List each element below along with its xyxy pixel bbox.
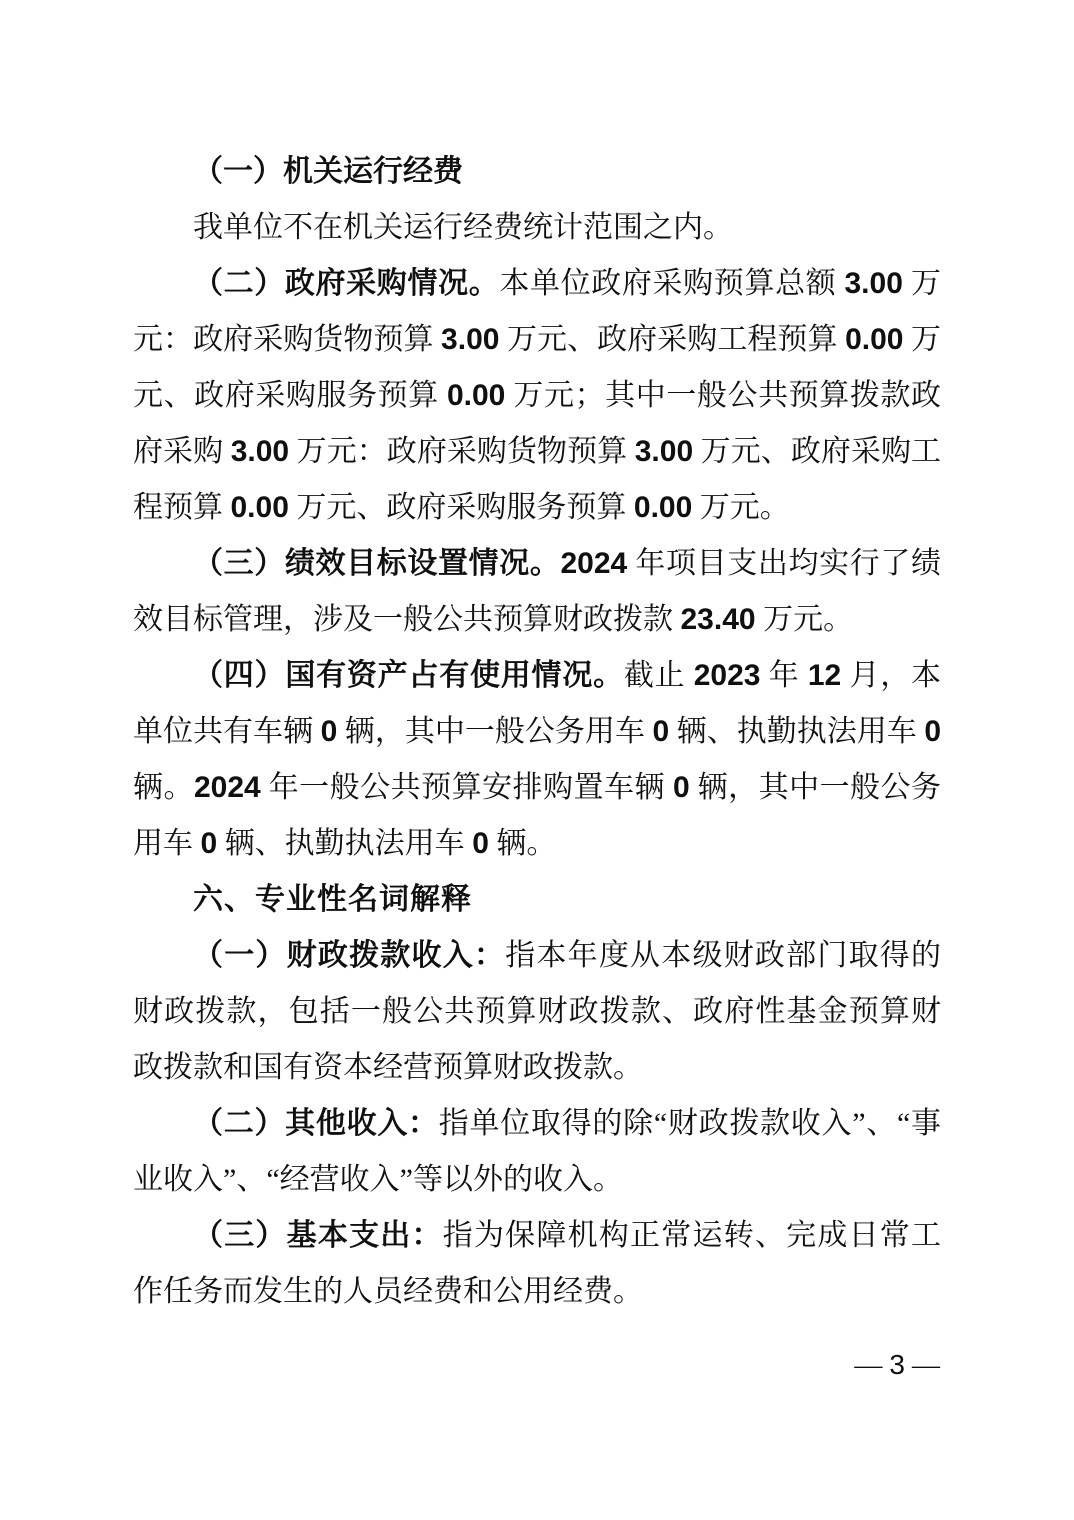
paragraph-lead: （二）其他收入：	[193, 1107, 439, 1140]
sec5-item3-performance-targets: （三）绩效目标设置情况。2024 年项目支出均实行了绩效目标管理，涉及一般公共预…	[133, 536, 941, 648]
paragraph-lead: （四）国有资产占有使用情况。	[193, 659, 624, 692]
sec5-item4-state-assets: （四）国有资产占有使用情况。截止 2023 年 12 月，本单位共有车辆 0 辆…	[133, 648, 941, 872]
numeric-value: 2024	[561, 547, 628, 580]
text-run: 辆。	[489, 827, 557, 860]
numeric-value: 12	[808, 659, 841, 692]
numeric-value: 2024	[194, 771, 261, 804]
numeric-value: 0	[652, 715, 669, 748]
numeric-value: 2023	[694, 659, 761, 692]
numeric-value: 0	[321, 715, 338, 748]
numeric-value: 0	[673, 771, 690, 804]
numeric-value: 3.00	[441, 323, 499, 356]
numeric-value: 0.00	[447, 379, 505, 412]
numeric-value: 0.00	[845, 323, 903, 356]
document-page: （一）机关运行经费我单位不在机关运行经费统计范围之内。（二）政府采购情况。本单位…	[0, 0, 1074, 1520]
page-number: — 3 —	[854, 1348, 940, 1383]
numeric-value: 3.00	[844, 267, 902, 300]
page-number-value: 3	[889, 1349, 905, 1380]
text-run: 我单位不在机关运行经费统计范围之内。	[193, 211, 733, 244]
text-run: 辆，其中一般公务用车	[337, 715, 652, 748]
text-run: 年	[760, 659, 807, 692]
text-run: 辆、执勤执法用车	[217, 827, 472, 860]
numeric-value: 0	[472, 827, 489, 860]
numeric-value: 0	[201, 827, 218, 860]
sec5-item1-body: 我单位不在机关运行经费统计范围之内。	[133, 200, 941, 256]
paragraph-lead: （一）财政拨款收入：	[193, 939, 505, 972]
text-run: 截止	[624, 659, 694, 692]
text-run: 万元、政府采购工程预算	[499, 323, 845, 356]
numeric-value: 3.00	[635, 435, 693, 468]
paragraph-lead: （二）政府采购情况。	[193, 267, 499, 300]
text-run: 辆、执勤执法用车	[669, 715, 924, 748]
page-number-dash-right: —	[905, 1350, 940, 1381]
text-run: 万元、政府采购服务预算	[289, 491, 634, 524]
text-run: 万元。	[692, 491, 790, 524]
numeric-value: 0	[924, 715, 941, 748]
sec5-item2-gov-procurement: （二）政府采购情况。本单位政府采购预算总额 3.00 万元：政府采购货物预算 3…	[133, 256, 941, 536]
sec6-term3-basic-expenditure: （三）基本支出：指为保障机构正常运转、完成日常工作任务而发生的人员经费和公用经费…	[133, 1208, 941, 1320]
numeric-value: 3.00	[231, 435, 289, 468]
paragraph-lead: （一）机关运行经费	[193, 155, 463, 188]
paragraph-lead: （三）基本支出：	[193, 1219, 443, 1252]
text-run: 六、专业性名词解释	[193, 883, 472, 916]
page-number-dash-left: —	[854, 1350, 889, 1381]
sec6-term1-fiscal-appropriation-income: （一）财政拨款收入：指本年度从本级财政部门取得的财政拨款，包括一般公共预算财政拨…	[133, 928, 941, 1096]
sec6-heading: 六、专业性名词解释	[133, 872, 941, 928]
sec5-item1-title: （一）机关运行经费	[133, 144, 941, 200]
text-run: 万元：政府采购货物预算	[289, 435, 635, 468]
sec6-term2-other-income: （二）其他收入：指单位取得的除“财政拨款收入”、“事业收入”、“经营收入”等以外…	[133, 1096, 941, 1208]
numeric-value: 0.00	[231, 491, 289, 524]
text-run: 年一般公共预算安排购置车辆	[261, 771, 673, 804]
text-run: 辆。	[133, 771, 194, 804]
text-run: 本单位政府采购预算总额	[499, 267, 844, 300]
numeric-value: 23.40	[681, 603, 756, 636]
numeric-value: 0.00	[634, 491, 692, 524]
text-run: 万元。	[756, 603, 854, 636]
paragraph-lead: （三）绩效目标设置情况。	[193, 547, 561, 580]
document-body: （一）机关运行经费我单位不在机关运行经费统计范围之内。（二）政府采购情况。本单位…	[133, 144, 941, 1320]
